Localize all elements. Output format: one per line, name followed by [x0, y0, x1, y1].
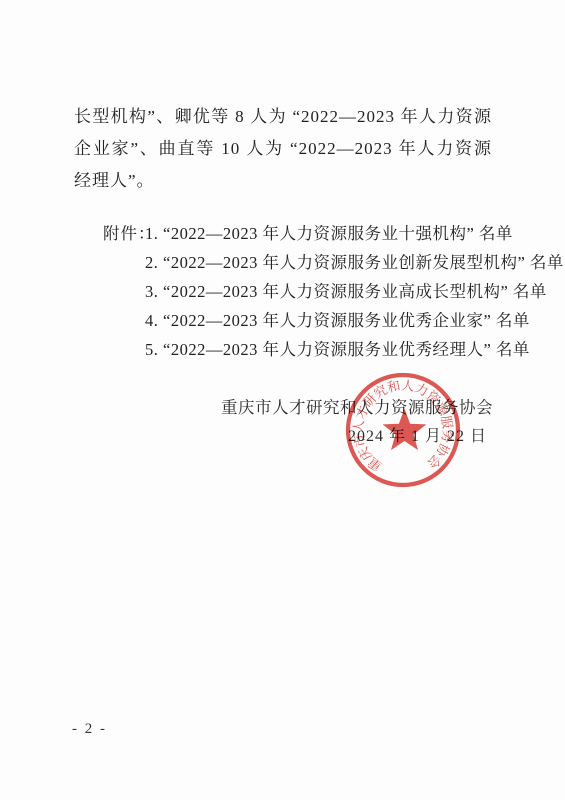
body-paragraph: 长型机构”、卿优等 8 人为 “2022—2023 年人力资源服务业优秀 企业家… — [74, 101, 492, 197]
paragraph-line-2: 企业家”、曲直等 10 人为 “2022—2023 年人力资源服务业优秀 — [74, 133, 492, 165]
page-number: - 2 - — [72, 721, 107, 738]
attachment-item-1: 1. “2022—2023 年人力资源服务业十强机构” 名单 — [145, 219, 564, 248]
attachment-item-3: 3. “2022—2023 年人力资源服务业高成长型机构” 名单 — [145, 277, 564, 306]
seal-star-icon — [383, 409, 427, 451]
paragraph-line-3: 经理人”。 — [74, 165, 492, 197]
document-page: 长型机构”、卿优等 8 人为 “2022—2023 年人力资源服务业优秀 企业家… — [0, 0, 565, 800]
attachment-item-4: 4. “2022—2023 年人力资源服务业优秀企业家” 名单 — [145, 306, 564, 335]
attachment-list: 1. “2022—2023 年人力资源服务业十强机构” 名单 2. “2022—… — [145, 219, 564, 364]
official-seal: 重庆市人才研究和人力资源服务协会 — [343, 370, 463, 490]
attachment-item-5: 5. “2022—2023 年人力资源服务业优秀经理人” 名单 — [145, 335, 564, 364]
attachment-item-2: 2. “2022—2023 年人力资源服务业创新发展型机构” 名单 — [145, 248, 564, 277]
paragraph-line-1: 长型机构”、卿优等 8 人为 “2022—2023 年人力资源服务业优秀 — [74, 101, 492, 133]
